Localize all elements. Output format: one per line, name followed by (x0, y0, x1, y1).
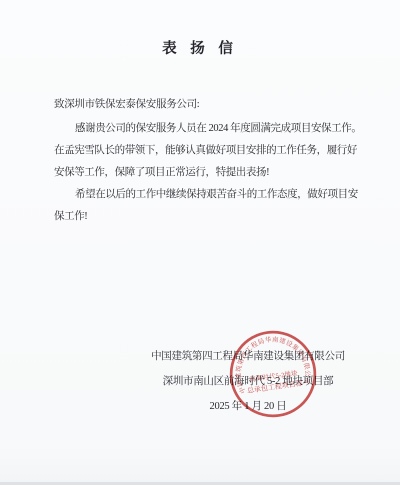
letter-page: 表 扬 信 致深圳市铁保宏泰保安服务公司: 感谢贵公司的保安服务人员在 2024… (0, 0, 400, 485)
body-line-5: 保工作! (54, 206, 364, 228)
body-line-3: 安保等工作，保障了项目正常运行，特提出表扬! (54, 162, 364, 184)
letter-body: 感谢贵公司的保安服务人员在 2024 年度圆满完成项目安保工作。 在孟宪雪队长的… (54, 118, 364, 228)
salutation: 致深圳市铁保宏泰保安服务公司: (54, 96, 199, 111)
letter-title: 表 扬 信 (0, 37, 400, 58)
signature-department: 深圳市南山区前海时代 5-2 地块项目部 (100, 369, 396, 394)
signature-block: 中国建筑第四工程局华南建设集团有限公司 深圳市南山区前海时代 5-2 地块项目部… (100, 344, 396, 419)
signature-company: 中国建筑第四工程局华南建设集团有限公司 (100, 344, 396, 369)
body-line-1: 感谢贵公司的保安服务人员在 2024 年度圆满完成项目安保工作。 (54, 118, 364, 140)
body-line-2: 在孟宪雪队长的带领下，能够认真做好项目安排的工作任务，履行好 (54, 140, 364, 162)
body-line-4: 希望在以后的工作中继续保持艰苦奋斗的工作态度，做好项目安 (54, 184, 364, 206)
signature-date: 2025 年 1 月 20 日 (100, 394, 396, 419)
